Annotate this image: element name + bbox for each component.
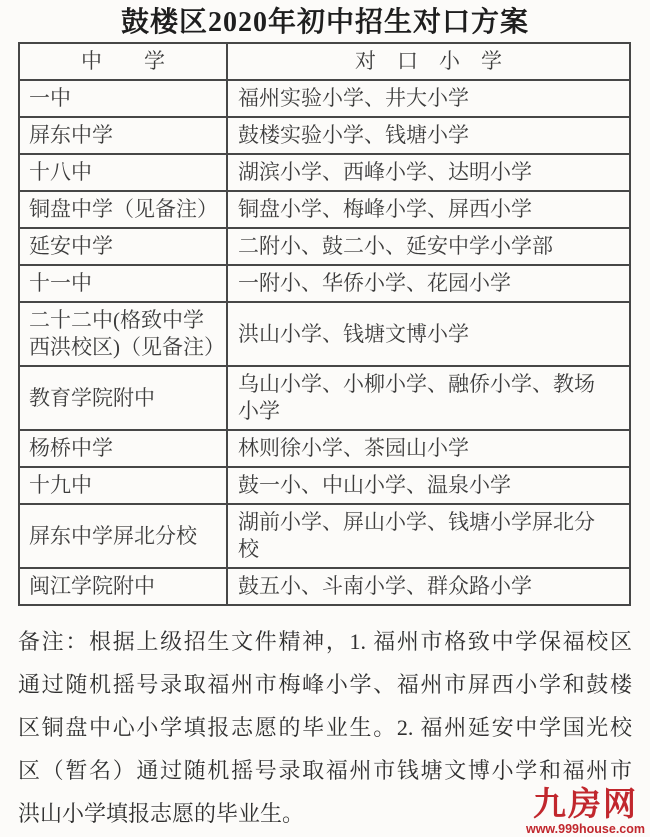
middle-school-column-header: 中 学 [19, 43, 227, 80]
note-line: 通过随机摇号录取福州市梅峰小学、福州市屏西小学和鼓楼 [18, 663, 632, 706]
primary-schools-cell: 湖前小学、屏山小学、钱塘小学屏北分校 [227, 504, 630, 568]
note-line: 备注：根据上级招生文件精神，1. 福州市格致中学保福校区 [18, 620, 632, 663]
middle-school-cell: 教育学院附中 [19, 366, 227, 430]
middle-school-cell: 延安中学 [19, 228, 227, 265]
primary-schools-cell: 鼓五小、斗南小学、群众路小学 [227, 568, 630, 605]
table-row: 十一中 一附小、华侨小学、花园小学 [19, 265, 630, 302]
primary-schools-cell: 铜盘小学、梅峰小学、屏西小学 [227, 191, 630, 228]
note-line: 区（暂名）通过随机摇号录取福州市钱塘文博小学和福州市 [18, 749, 632, 792]
middle-school-cell: 杨桥中学 [19, 430, 227, 467]
table-row: 教育学院附中 乌山小学、小柳小学、融侨小学、教场小学 [19, 366, 630, 430]
watermark-logo: 九房网 [526, 788, 645, 822]
middle-school-cell: 闽江学院附中 [19, 568, 227, 605]
middle-school-cell: 二十二中(格致中学西洪校区)（见备注） [19, 302, 227, 366]
middle-school-cell: 屏东中学 [19, 117, 227, 154]
table-row: 杨桥中学 林则徐小学、茶园山小学 [19, 430, 630, 467]
middle-school-cell: 十九中 [19, 467, 227, 504]
table-row: 二十二中(格致中学西洪校区)（见备注） 洪山小学、钱塘文博小学 [19, 302, 630, 366]
primary-schools-cell: 鼓楼实验小学、钱塘小学 [227, 117, 630, 154]
primary-schools-cell: 鼓一小、中山小学、温泉小学 [227, 467, 630, 504]
table-row: 十八中 湖滨小学、西峰小学、达明小学 [19, 154, 630, 191]
table-row: 铜盘中学（见备注） 铜盘小学、梅峰小学、屏西小学 [19, 191, 630, 228]
table-header-row: 中 学 对 口 小 学 [19, 43, 630, 80]
middle-school-cell: 一中 [19, 80, 227, 117]
middle-school-cell: 屏东中学屏北分校 [19, 504, 227, 568]
table-row: 十九中 鼓一小、中山小学、温泉小学 [19, 467, 630, 504]
note-line: 区铜盘中心小学填报志愿的毕业生。2. 福州延安中学国光校 [18, 706, 632, 749]
page-title: 鼓楼区2020年初中招生对口方案 [0, 0, 650, 39]
middle-school-cell: 铜盘中学（见备注） [19, 191, 227, 228]
primary-schools-cell: 二附小、鼓二小、延安中学小学部 [227, 228, 630, 265]
primary-school-column-header: 对 口 小 学 [227, 43, 630, 80]
table-row: 一中 福州实验小学、井大小学 [19, 80, 630, 117]
primary-schools-cell: 湖滨小学、西峰小学、达明小学 [227, 154, 630, 191]
primary-schools-cell: 乌山小学、小柳小学、融侨小学、教场小学 [227, 366, 630, 430]
primary-schools-cell: 林则徐小学、茶园山小学 [227, 430, 630, 467]
primary-schools-cell: 福州实验小学、井大小学 [227, 80, 630, 117]
table-row: 屏东中学屏北分校 湖前小学、屏山小学、钱塘小学屏北分校 [19, 504, 630, 568]
table-row: 闽江学院附中 鼓五小、斗南小学、群众路小学 [19, 568, 630, 605]
table-row: 屏东中学 鼓楼实验小学、钱塘小学 [19, 117, 630, 154]
watermark: 九房网 www.999house.com [526, 788, 645, 836]
document-page: 鼓楼区2020年初中招生对口方案 中 学 对 口 小 学 一中 福州实验小学、井… [0, 0, 650, 837]
primary-schools-cell: 一附小、华侨小学、花园小学 [227, 265, 630, 302]
primary-schools-cell: 洪山小学、钱塘文博小学 [227, 302, 630, 366]
middle-school-cell: 十一中 [19, 265, 227, 302]
enrollment-table: 中 学 对 口 小 学 一中 福州实验小学、井大小学 屏东中学 鼓楼实验小学、钱… [18, 42, 631, 606]
middle-school-cell: 十八中 [19, 154, 227, 191]
watermark-url: www.999house.com [526, 823, 645, 836]
table-row: 延安中学 二附小、鼓二小、延安中学小学部 [19, 228, 630, 265]
